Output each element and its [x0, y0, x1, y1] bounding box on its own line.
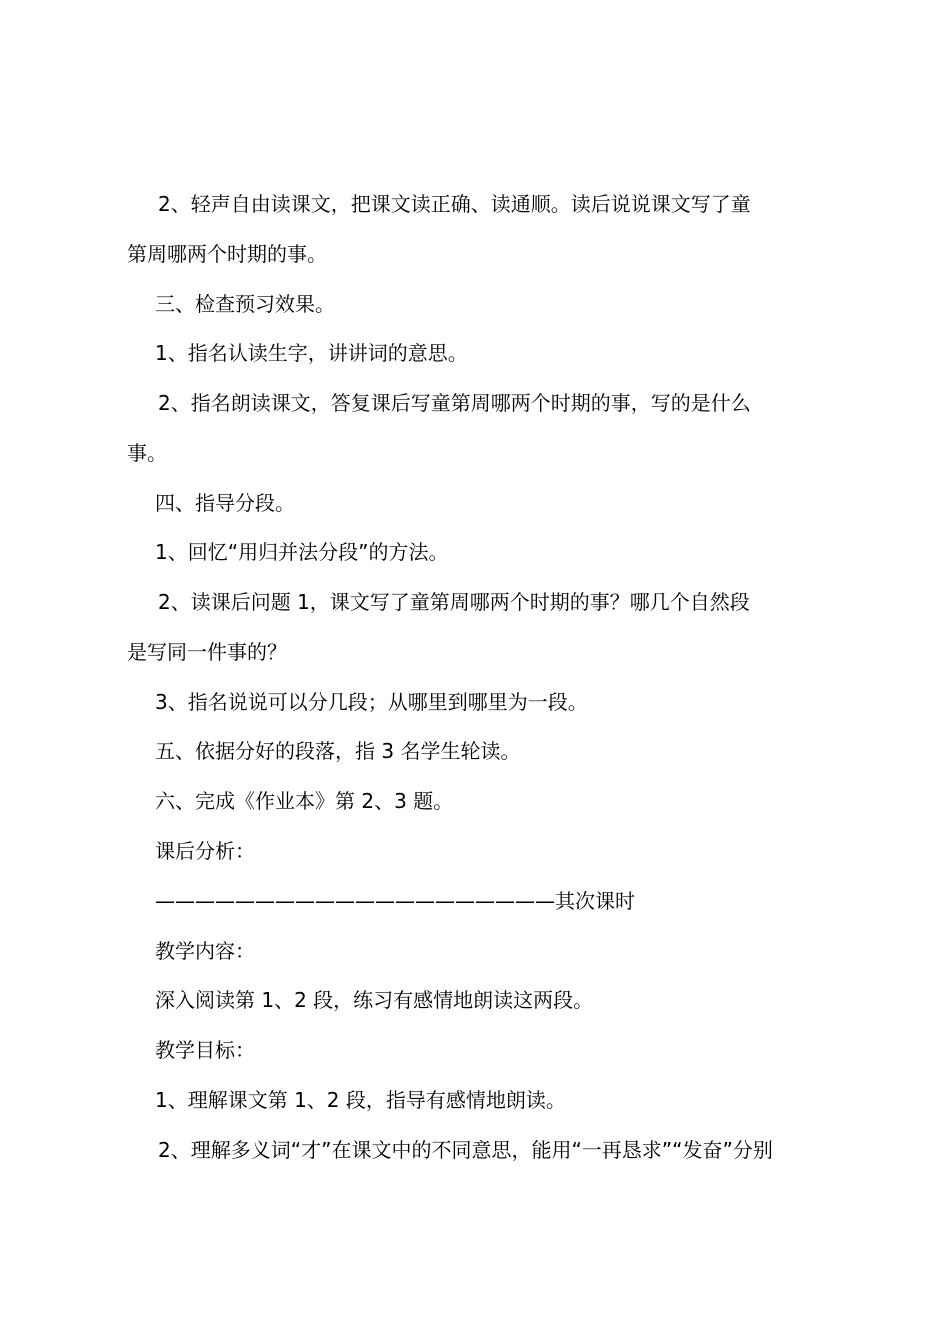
paragraph-line: 2、读课后问题 1，课文写了童第周哪两个时期的事？哪几个自然段: [158, 588, 868, 616]
paragraph-line: 2、轻声自由读课文，把课文读正确、读通顺。读后说说课文写了童: [158, 190, 868, 218]
paragraph-line: 2、理解多义词“才”在课文中的不同意思，能用“一再恳求”“发奋”分别: [158, 1136, 868, 1164]
paragraph-line: 事。: [127, 439, 837, 467]
label-line: 课后分析：: [155, 837, 865, 865]
paragraph-line: 第周哪两个时期的事。: [127, 240, 837, 268]
paragraph-line: 2、指名朗读课文，答复课后写童第周哪两个时期的事，写的是什么: [158, 389, 868, 417]
paragraph-line: 3、指名说说可以分几段；从哪里到哪里为一段。: [155, 688, 865, 716]
section-heading: 三、检查预习效果。: [155, 290, 865, 318]
paragraph-line: 1、理解课文第 1、2 段，指导有感情地朗读。: [155, 1086, 865, 1114]
section-heading: 四、指导分段。: [155, 489, 865, 517]
label-line: 教学内容：: [155, 937, 865, 965]
section-heading: 五、依据分好的段落，指 3 名学生轮读。: [155, 737, 865, 765]
label-line: 教学目标：: [155, 1036, 865, 1064]
paragraph-line: 深入阅读第 1、2 段，练习有感情地朗读这两段。: [155, 986, 865, 1014]
paragraph-line: 是写同一件事的？: [127, 638, 837, 666]
document-page: 2、轻声自由读课文，把课文读正确、读通顺。读后说说课文写了童 第周哪两个时期的事…: [0, 0, 950, 1344]
divider-heading: ————————————————————其次课时: [155, 887, 865, 915]
paragraph-line: 1、指名认读生字，讲讲词的意思。: [155, 339, 865, 367]
paragraph-line: 1、回忆“用归并法分段”的方法。: [155, 538, 865, 566]
section-heading: 六、完成《作业本》第 2、3 题。: [155, 787, 865, 815]
